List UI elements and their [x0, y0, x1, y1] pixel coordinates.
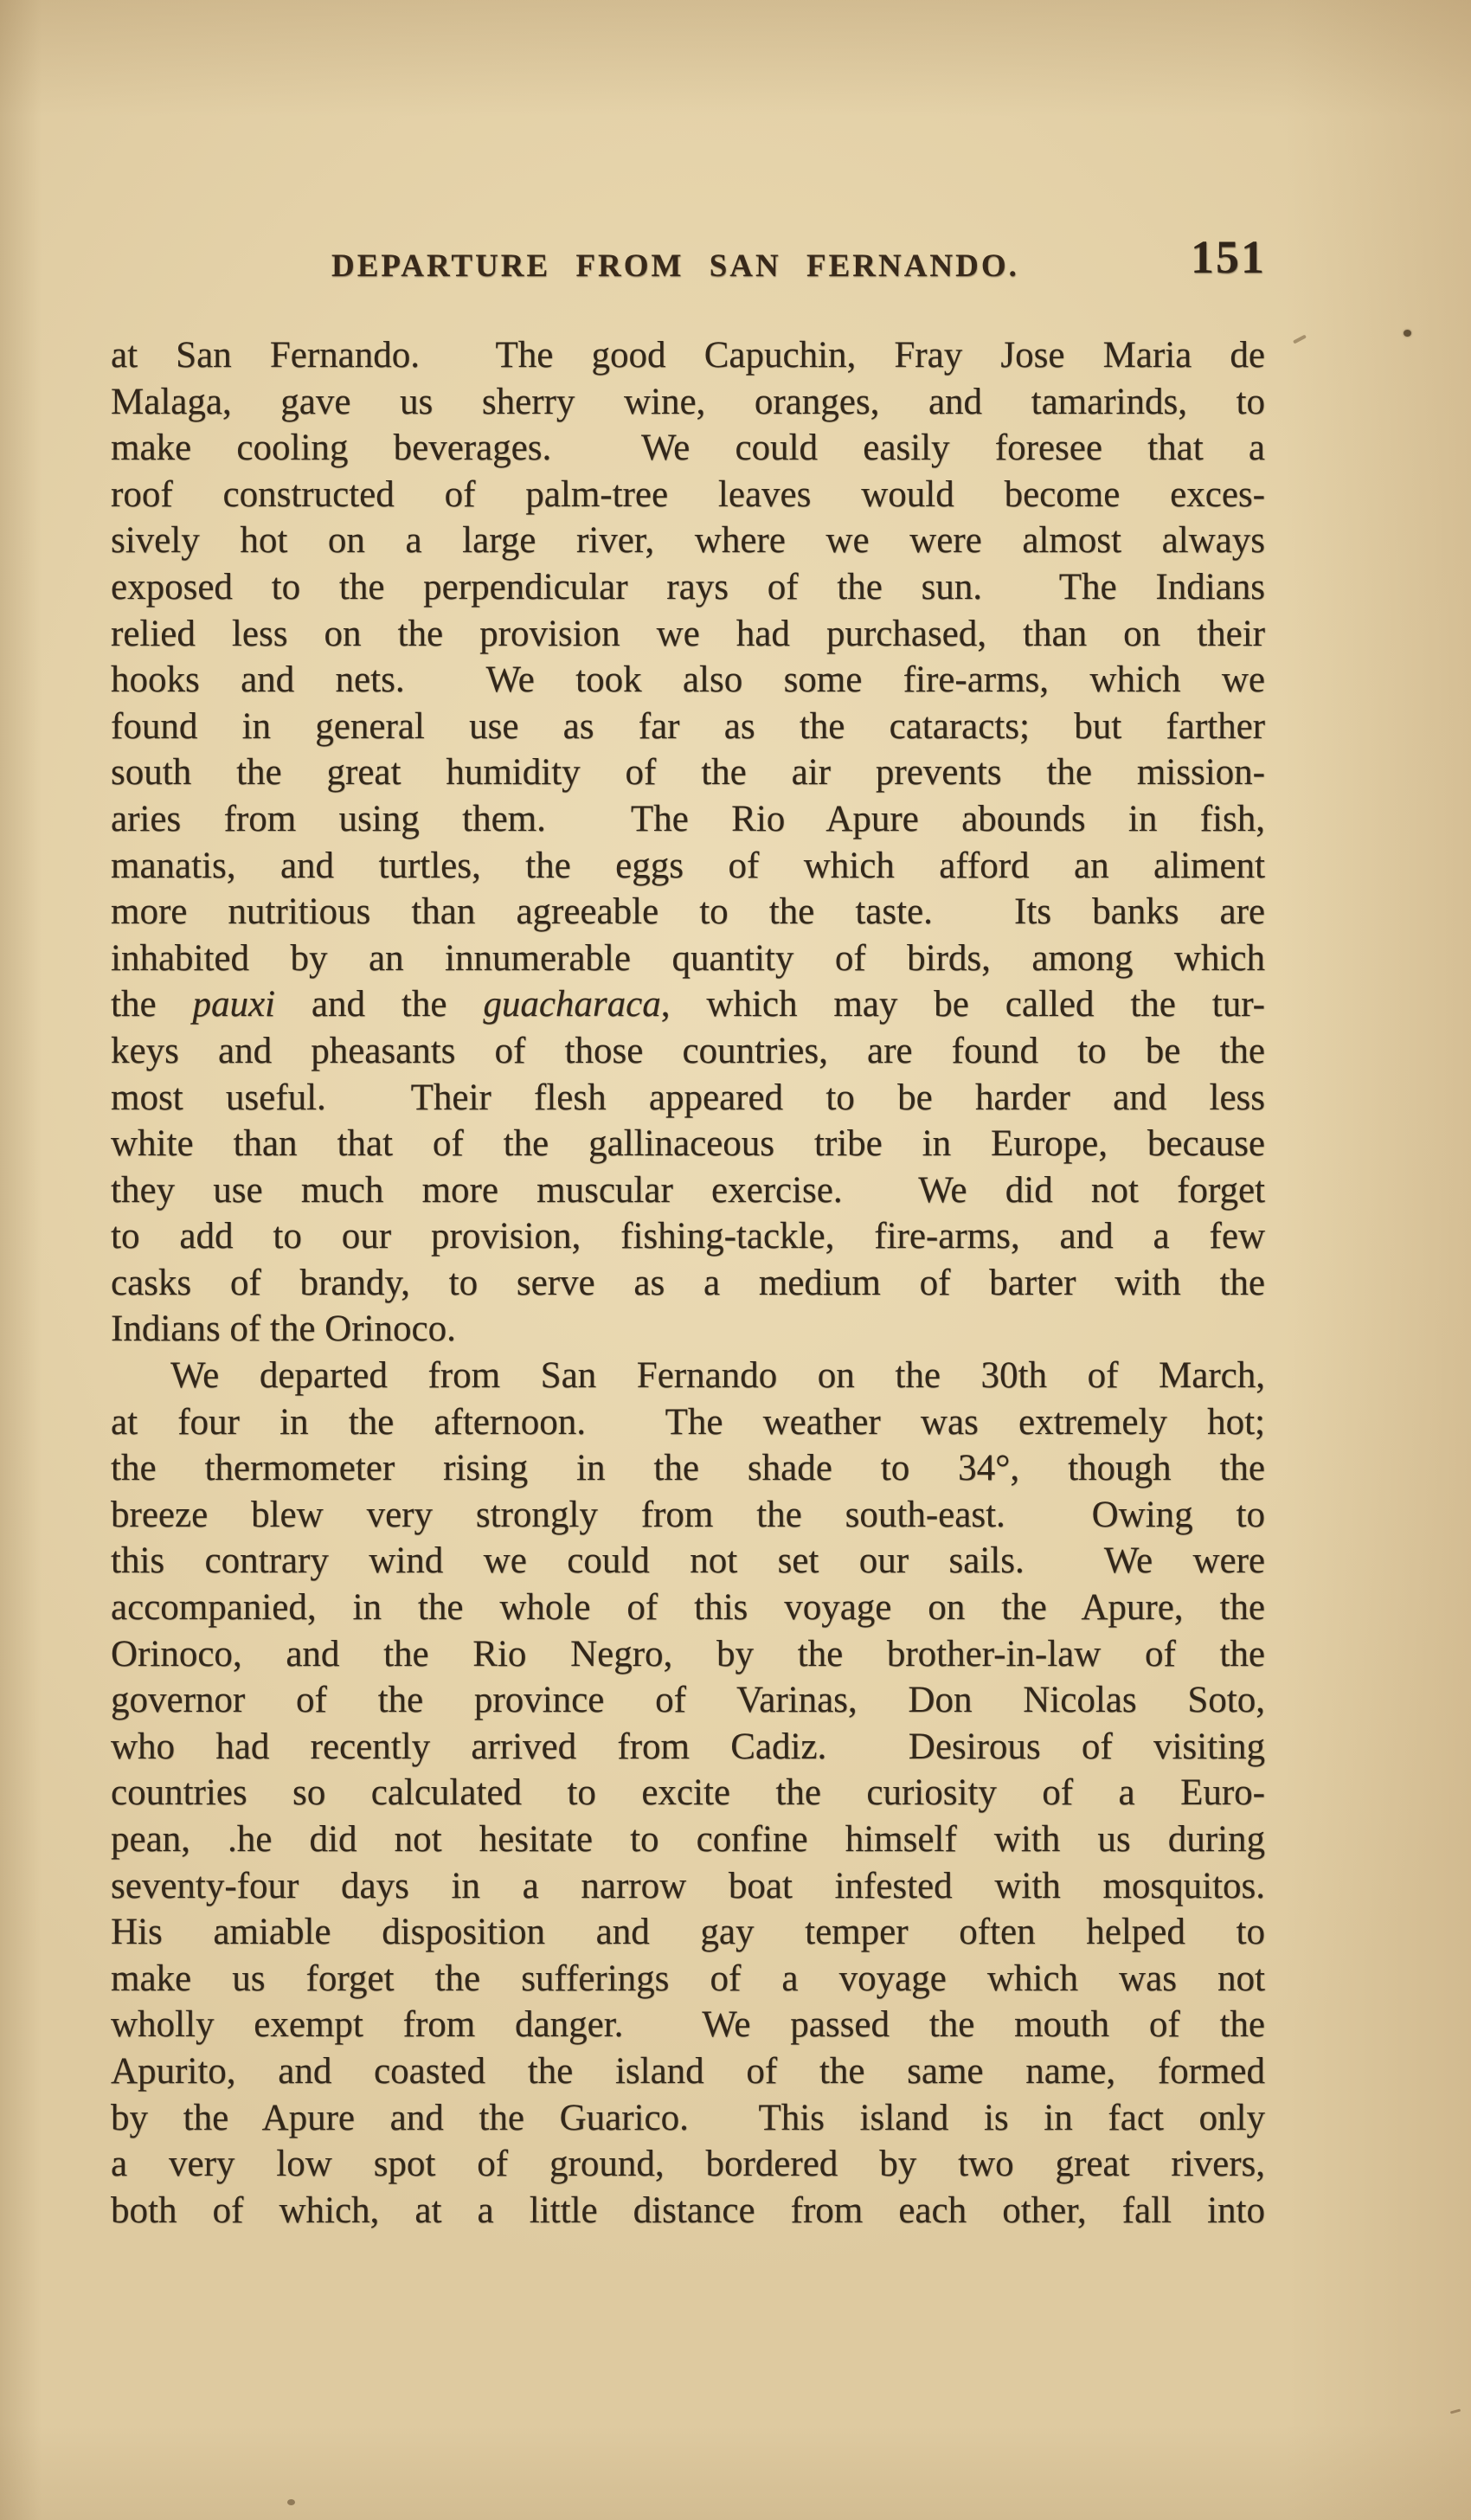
- text-line: countries so calculated to excite the cu…: [111, 1770, 1265, 1816]
- text-line: roof constructed of palm-tree leaves wou…: [111, 472, 1265, 518]
- text-line: the pauxi and the guacharaca, which may …: [111, 981, 1265, 1028]
- text-line: wholly exempt from danger. We passed the…: [111, 2002, 1265, 2048]
- text-line: casks of brandy, to serve as a medium of…: [111, 1260, 1265, 1307]
- ink-smudge: [1450, 2408, 1461, 2414]
- text-line: hooks and nets. We took also some fire-a…: [111, 657, 1265, 704]
- text-line: pean, .he did not hesitate to confine hi…: [111, 1816, 1265, 1863]
- text-line: at San Fernando. The good Capuchin, Fray…: [111, 332, 1265, 379]
- text-line: His amiable disposition and gay temper o…: [111, 1909, 1265, 1956]
- text-line: who had recently arrived from Cadiz. Des…: [111, 1724, 1265, 1771]
- text-line: more nutritious than agreeable to the ta…: [111, 889, 1265, 935]
- book-page: DEPARTURE FROM SAN FERNANDO. 151 at San …: [0, 0, 1471, 2520]
- text-line: both of which, at a little distance from…: [111, 2188, 1265, 2234]
- text-line: Malaga, gave us sherry wine, oranges, an…: [111, 379, 1265, 426]
- text-line: exposed to the perpendicular rays of the…: [111, 564, 1265, 611]
- text-line: Orinoco, and the Rio Negro, by the broth…: [111, 1631, 1265, 1678]
- running-head-title: DEPARTURE FROM SAN FERNANDO.: [331, 247, 1019, 285]
- body-text: at San Fernando. The good Capuchin, Fray…: [111, 332, 1265, 2234]
- ink-speck: [287, 2499, 295, 2505]
- text-line: We departed from San Fernando on the 30t…: [111, 1353, 1265, 1399]
- text-line: accompanied, in the whole of this voyage…: [111, 1585, 1265, 1631]
- text-line: inhabited by an innumerable quantity of …: [111, 935, 1265, 982]
- text-line: a very low spot of ground, bordered by t…: [111, 2141, 1265, 2188]
- ink-smudge: [1293, 334, 1307, 344]
- text-line: by the Apure and the Guarico. This islan…: [111, 2095, 1265, 2142]
- text-line: the thermometer rising in the shade to 3…: [111, 1445, 1265, 1492]
- text-line: most useful. Their flesh appeared to be …: [111, 1075, 1265, 1122]
- text-line: make cooling beverages. We could easily …: [111, 425, 1265, 472]
- text-line: south the great humidity of the air prev…: [111, 749, 1265, 796]
- text-line: they use much more muscular exercise. We…: [111, 1167, 1265, 1214]
- text-line: white than that of the gallinaceous trib…: [111, 1121, 1265, 1167]
- text-line: this contrary wind we could not set our …: [111, 1538, 1265, 1585]
- text-line: manatis, and turtles, the eggs of which …: [111, 843, 1265, 890]
- text-line: to add to our provision, fishing-tackle,…: [111, 1213, 1265, 1260]
- text-line: keys and pheasants of those countries, a…: [111, 1028, 1265, 1075]
- ink-speck: [1404, 330, 1411, 337]
- text-line: relied less on the provision we had purc…: [111, 611, 1265, 658]
- text-line: Apurito, and coasted the island of the s…: [111, 2048, 1265, 2095]
- text-line: at four in the afternoon. The weather wa…: [111, 1399, 1265, 1446]
- text-line: governor of the province of Varinas, Don…: [111, 1677, 1265, 1724]
- text-line: sively hot on a large river, where we we…: [111, 517, 1265, 564]
- text-line: seventy-four days in a narrow boat infes…: [111, 1863, 1265, 1910]
- text-line: breeze blew very strongly from the south…: [111, 1492, 1265, 1539]
- text-line: found in general use as far as the catar…: [111, 704, 1265, 750]
- page-number: 151: [1191, 230, 1266, 284]
- text-line: aries from using them. The Rio Apure abo…: [111, 796, 1265, 843]
- text-line: Indians of the Orinoco.: [111, 1306, 1265, 1353]
- text-line: make us forget the sufferings of a voyag…: [111, 1956, 1265, 2002]
